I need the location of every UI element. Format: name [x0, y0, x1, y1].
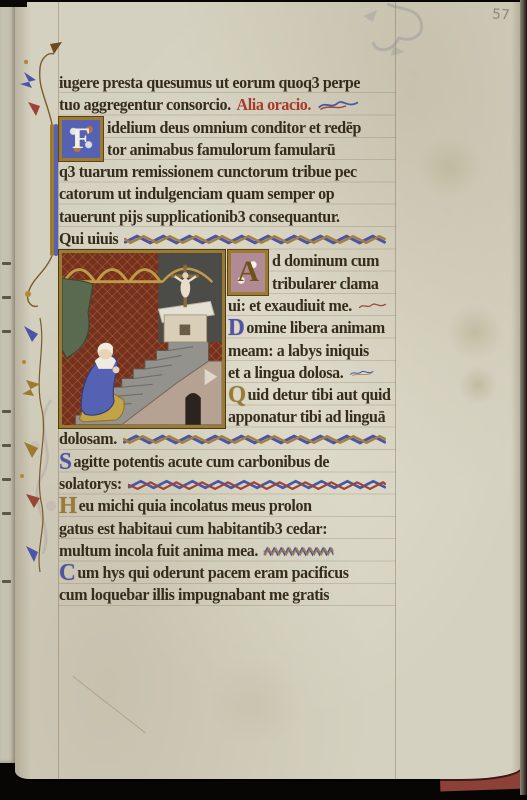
rubric-text: Alia oracio.	[237, 94, 311, 116]
text-line: d dominum cum	[272, 250, 392, 272]
text-line: solatorys:	[59, 473, 386, 495]
line-filler-icon	[317, 99, 360, 111]
psalm-column: A d dominum cum tribularer clama ui	[228, 250, 396, 428]
line-filler-band-icon	[128, 479, 386, 490]
vellum-stain	[455, 362, 501, 408]
text-line: et a lingua dolosa.	[228, 362, 391, 384]
text-line: S agitte potentis acute cum carbonibus d…	[59, 451, 386, 473]
facing-page-edge	[0, 0, 16, 763]
latin-text: catorum ut indulgenciam quam semper op	[59, 183, 334, 205]
lombardic-initial-C: C	[59, 563, 75, 583]
text-line: idelium deus omnium conditor et redēp	[107, 117, 387, 139]
facing-text-mark	[2, 512, 11, 515]
illuminated-initial-A: A	[228, 250, 268, 295]
latin-text: idelium deus omnium conditor et redēp	[107, 117, 361, 139]
text-line: meam: a labys iniquis	[228, 340, 391, 362]
latin-text: agitte potentis acute cum carbonibus de	[74, 451, 330, 473]
latin-text: um hys qui oderunt pacem eram pacificus	[77, 562, 348, 584]
showthrough-vine-icon	[333, 2, 443, 65]
latin-text: tuo aggregentur consorcio.	[59, 94, 231, 116]
curtain	[62, 279, 93, 359]
text-line: apponatur tibi ad linguā	[228, 406, 391, 428]
latin-text: Qui uiuis	[59, 228, 118, 250]
miniature-praying-before-crucifix	[59, 250, 225, 428]
arched-doorway	[185, 393, 200, 425]
latin-text: apponatur tibi ad linguā	[228, 406, 385, 428]
latin-text: ui: et exaudiuit me.	[228, 295, 352, 317]
latin-text: meam: a labys iniquis	[228, 340, 369, 362]
latin-text: solatorys:	[59, 473, 122, 495]
line-filler-band-icon	[123, 434, 386, 445]
initial-letter: F	[72, 122, 90, 155]
latin-text: eu michi quia incolatus meus prolon	[79, 495, 312, 517]
text-line: iugere presta quesumus ut eorum quoq3 pe…	[59, 72, 386, 94]
manuscript-page: 57	[15, 2, 521, 779]
text-line: tauerunt pijs supplicationib3 consequant…	[59, 206, 386, 228]
facing-text-mark	[2, 410, 11, 413]
text-line: tribularer clama	[272, 273, 392, 295]
illuminated-initial-F: F	[59, 117, 103, 162]
latin-text: q3 tuarum remissionem cunctorum tribue p…	[59, 161, 357, 183]
latin-text: dolosam.	[59, 428, 117, 450]
latin-text: gatus est habitaui cum habitantib3 cedar…	[59, 518, 327, 540]
latin-text: d dominum cum	[272, 250, 379, 272]
line-filler-band-icon	[124, 234, 386, 245]
kneeling-figure	[79, 343, 124, 422]
vellum-stain	[415, 132, 485, 202]
facing-text-mark	[2, 296, 11, 299]
text-line: dolosam.	[59, 428, 386, 450]
text-line: C um hys qui oderunt pacem eram pacificu…	[59, 562, 386, 584]
facing-text-mark	[2, 478, 11, 481]
latin-text: tor animabus famulorum famularū	[107, 139, 335, 161]
latin-text: uid detur tibi aut quid	[248, 384, 391, 406]
text-line: gatus est habitaui cum habitantib3 cedar…	[59, 518, 386, 540]
text-line: ui: et exaudiuit me.	[228, 295, 391, 317]
lombardic-initial-D: D	[228, 318, 244, 338]
photographed-manuscript: 57	[0, 0, 527, 800]
latin-text: multum incola fuit anima mea.	[59, 540, 258, 562]
latin-text: tauerunt pijs supplicationib3 consequant…	[59, 206, 340, 228]
latin-text: et a lingua dolosa.	[228, 362, 343, 384]
text-line: q3 tuarum remissionem cunctorum tribue p…	[59, 161, 386, 183]
line-filler-icon	[358, 301, 387, 311]
latin-text: iugere presta quesumus ut eorum quoq3 pe…	[59, 72, 360, 94]
line-filler-icon	[349, 368, 374, 378]
line-filler-band-icon	[264, 546, 334, 557]
lombardic-initial-H: H	[59, 496, 77, 516]
lombardic-initial-S: S	[59, 452, 72, 472]
lombardic-initial-Q: Q	[228, 385, 246, 405]
fidelium-opening: F idelium deus omnium conditor et redēp …	[59, 117, 396, 162]
miniature-row: A d dominum cum tribularer clama ui	[59, 250, 396, 428]
vellum-crease	[72, 676, 145, 733]
page-stack-edge	[520, 0, 527, 795]
facing-text-mark	[2, 262, 11, 265]
vellum-stain	[195, 662, 315, 742]
folio-number: 57	[491, 6, 510, 23]
margin-vine-icon	[16, 28, 62, 608]
facing-text-mark	[2, 330, 11, 333]
latin-text: tribularer clama	[272, 273, 379, 295]
initial-letter: A	[237, 255, 258, 288]
photo-corner	[0, 0, 27, 7]
text-line: tor animabus famulorum famularū	[107, 139, 387, 161]
text-line: multum incola fuit anima mea.	[59, 540, 386, 562]
text-line: Qui uiuis	[59, 228, 386, 250]
text-line: Q uid detur tibi aut quid	[228, 384, 391, 406]
facing-text-mark	[2, 580, 11, 583]
altar	[158, 302, 214, 342]
facing-text-mark	[2, 444, 11, 447]
latin-text: omine libera animam	[246, 317, 384, 339]
text-line: cum loquebar illis impugnabant me gratis	[59, 584, 386, 606]
text-line: H eu michi quia incolatus meus prolon	[59, 495, 386, 517]
vellum-stain	[445, 302, 505, 362]
text-line: D omine libera animam	[228, 317, 391, 339]
text-block: iugere presta quesumus ut eorum quoq3 pe…	[59, 72, 396, 607]
latin-text: cum loquebar illis impugnabant me gratis	[59, 584, 329, 606]
miniature-scene	[62, 253, 222, 425]
text-line: tuo aggregentur consorcio. Alia oracio.	[59, 94, 386, 116]
text-line: catorum ut indulgenciam quam semper op	[59, 183, 386, 205]
